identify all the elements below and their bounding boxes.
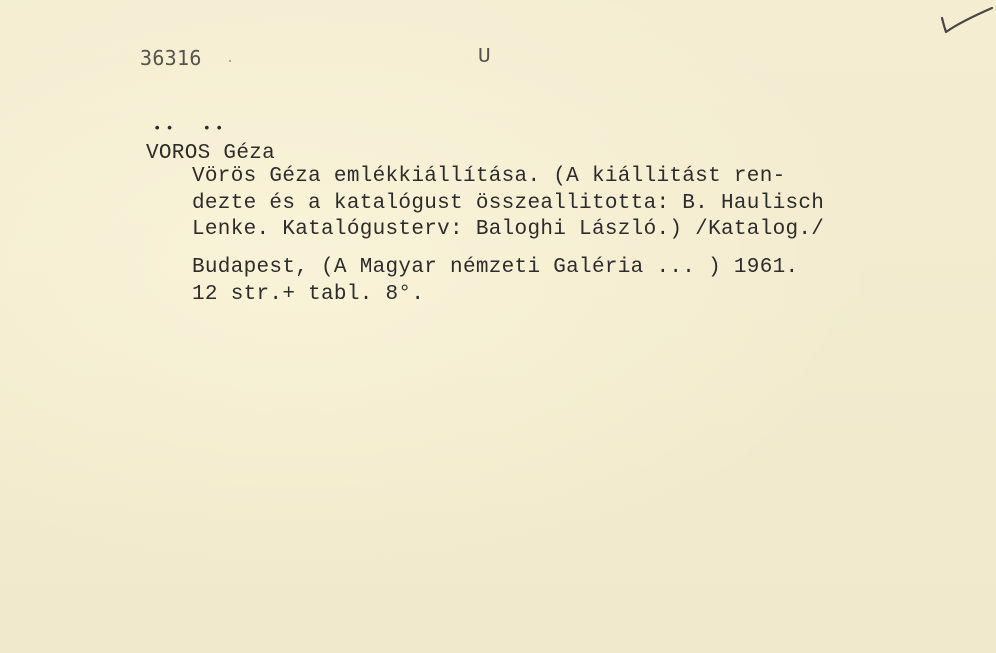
checkmark-icon: [938, 4, 994, 38]
description-line: Lenke. Katalógusterv: Baloghi László.) /…: [192, 218, 824, 241]
description-line: dezte és a katalógust összeallitotta: B.…: [192, 192, 824, 215]
stray-mark: [229, 60, 231, 62]
heading-umlaut-marks: •• ••: [153, 121, 227, 137]
description-line: Vörös Géza emlékkiállítása. (A kiállitás…: [192, 165, 786, 188]
location-mark: U: [478, 46, 491, 69]
catalog-card: 36316 U •• •• VOROS Géza Vörös Géza emlé…: [0, 0, 996, 653]
imprint-line: Budapest, (A Magyar némzeti Galéria ... …: [192, 256, 798, 279]
call-number: 36316: [140, 46, 202, 70]
imprint-line: 12 str.+ tabl. 8°.: [192, 283, 424, 306]
main-heading: VOROS Géza: [146, 142, 275, 165]
